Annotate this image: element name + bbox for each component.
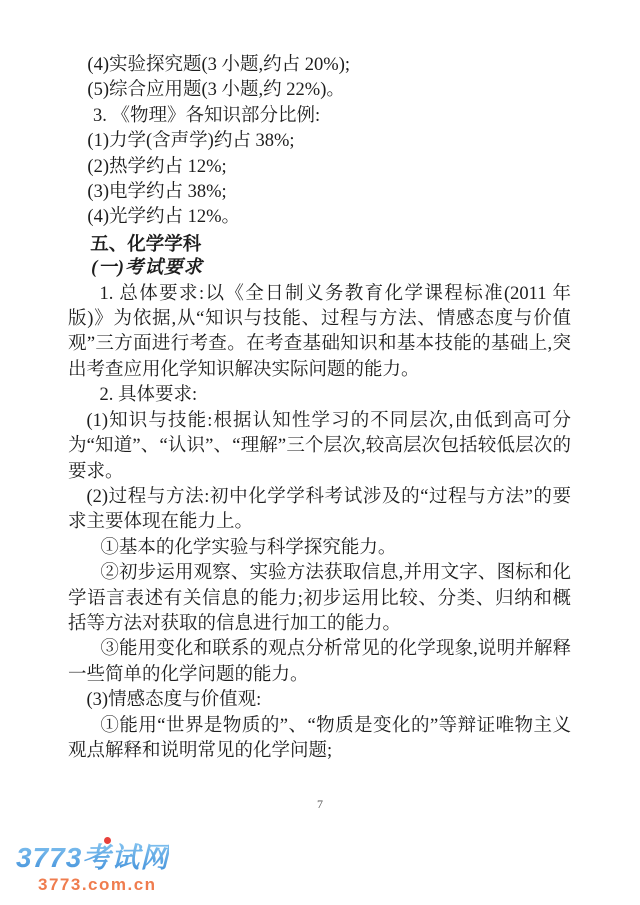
para-ability-1: ①基本的化学实验与科学探究能力。 — [68, 536, 571, 561]
para-heat-item: (2)热学约占 12%; — [68, 155, 571, 180]
para-values-1: ①能用“世界是物质的”、“物质是变化的”等辩证唯物主义观点解释和说明常见的化学问… — [68, 714, 571, 765]
document-body: (4)实验探究题(3 小题,约占 20%); (5)综合应用题(3 小题,约 2… — [68, 53, 571, 764]
document-page: (4)实验探究题(3 小题,约占 20%); (5)综合应用题(3 小题,约 2… — [0, 0, 640, 905]
para-exp-inquiry-item: (4)实验探究题(3 小题,约占 20%); — [68, 53, 571, 78]
logo-red-accent-icon — [104, 837, 111, 844]
para-emotion-values: (3)情感态度与价值观: — [68, 688, 571, 713]
site-logo-text: 3773考试网 — [16, 836, 169, 876]
page-number: 7 — [0, 797, 640, 812]
para-knowledge-skills: (1)知识与技能:根据认知性学习的不同层次,由低到高可分为“知道”、“认识”、“… — [68, 409, 571, 485]
site-url-text: 3773.com.cn — [38, 875, 169, 895]
para-general-requirements: 1. 总体要求:以《全日制义务教育化学课程标准(2011 年版)》为依据,从“知… — [68, 282, 571, 384]
para-specific-requirements: 2. 具体要求: — [68, 383, 571, 408]
para-optics-item: (4)光学约占 12%。 — [68, 205, 571, 230]
heading-exam-requirements: (一)考试要求 — [68, 256, 571, 281]
para-ability-2: ②初步运用观察、实验方法获取信息,并用文字、图标和化学语言表述有关信息的能力;初… — [68, 561, 571, 637]
para-process-methods: (2)过程与方法:初中化学学科考试涉及的“过程与方法”的要求主要体现在能力上。 — [68, 485, 571, 536]
para-comprehensive-item: (5)综合应用题(3 小题,约 22%)。 — [68, 78, 571, 103]
watermark-logo: 3773考试网 3773.com.cn — [16, 836, 169, 895]
para-ability-3: ③能用变化和联系的观点分析常见的化学现象,说明并解释一些简单的化学问题的能力。 — [68, 637, 571, 688]
para-electricity-item: (3)电学约占 38%; — [68, 180, 571, 205]
para-mechanics-item: (1)力学(含声学)约占 38%; — [68, 129, 571, 154]
para-physics-ratio-heading: 3. 《物理》各知识部分比例: — [68, 104, 571, 129]
heading-chemistry-section: 五、化学学科 — [68, 231, 571, 256]
